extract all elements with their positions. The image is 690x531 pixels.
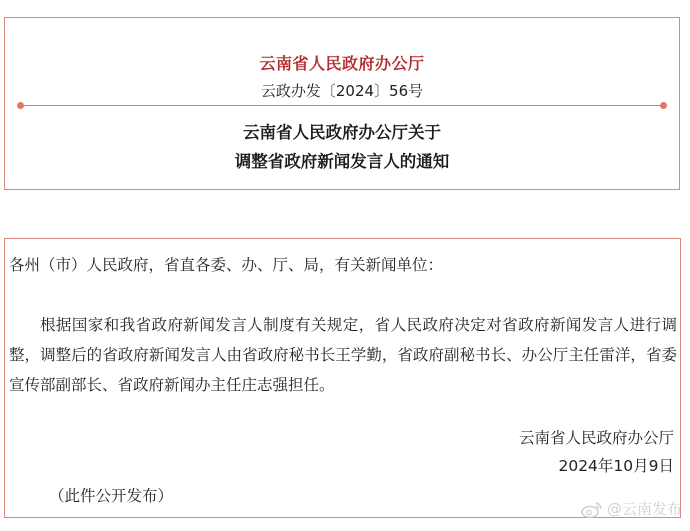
signature-organization: 云南省人民政府办公厅 [519, 426, 674, 448]
watermark-text: @云南发布 [607, 498, 682, 519]
header-divider [20, 105, 664, 106]
watermark: @云南发布 [581, 498, 682, 519]
weibo-icon [581, 500, 603, 518]
publication-note: （此件公开发布） [49, 484, 173, 506]
notice-title-line-2: 调整省政府新闻发言人的通知 [5, 148, 679, 172]
document-number: 云政办发〔2024〕56号 [5, 80, 679, 101]
body-paragraph: 根据国家和我省政府新闻发言人制度有关规定，省人民政府决定对省政府新闻发言人进行调… [9, 310, 677, 400]
document-header-box: 云南省人民政府办公厅 云政办发〔2024〕56号 云南省人民政府办公厅关于 调整… [4, 17, 680, 190]
divider-dot-right [660, 102, 667, 109]
signature-date: 2024年10月9日 [558, 454, 674, 476]
salutation: 各州（市）人民政府，省直各委、办、厅、局，有关新闻单位： [9, 253, 443, 275]
issuer-title: 云南省人民政府办公厅 [5, 51, 679, 74]
document-body-box: 各州（市）人民政府，省直各委、办、厅、局，有关新闻单位： 根据国家和我省政府新闻… [4, 238, 681, 518]
notice-title-line-1: 云南省人民政府办公厅关于 [5, 119, 679, 143]
